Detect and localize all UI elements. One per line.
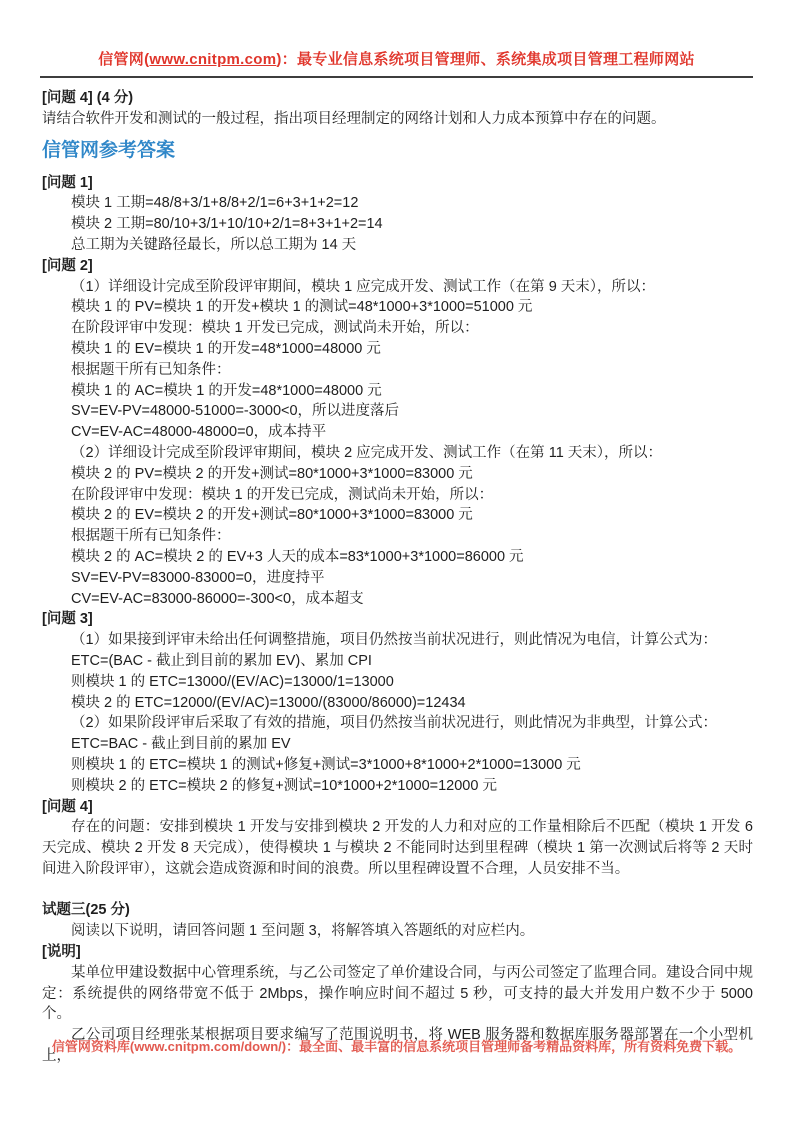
- paragraph: 模块 2 的 ETC=12000/(EV/AC)=13000/(83000/86…: [42, 693, 753, 714]
- document-page: 信管网(www.cnitpm.com)：最专业信息系统项目管理师、系统集成项目管…: [0, 0, 793, 1122]
- paragraph: 则模块 2 的 ETC=模块 2 的修复+测试=10*1000+2*1000=1…: [42, 776, 753, 797]
- paragraph: 模块 2 的 PV=模块 2 的开发+测试=80*1000+3*1000=830…: [42, 464, 753, 485]
- page-footer: 信管网资料库(www.cnitpm.com/down/)：最全面、最丰富的信息系…: [40, 1038, 753, 1056]
- paragraph: CV=EV-AC=83000-86000=-300<0，成本超支: [42, 589, 753, 610]
- paragraph: （1）如果接到评审未给出任何调整措施，项目仍然按当前状况进行，则此情况为电信，计…: [42, 630, 753, 651]
- paragraph: 在阶段评审中发现：模块 1 的开发已完成，测试尚未开始，所以：: [42, 485, 753, 506]
- answer-paragraphs: [问题 1]模块 1 工期=48/8+3/1+8/8+2/1=6+3+1+2=1…: [42, 173, 753, 1067]
- paragraph: 则模块 1 的 ETC=13000/(EV/AC)=13000/1=13000: [42, 672, 753, 693]
- section-heading: [问题 2]: [42, 256, 753, 277]
- paragraph: 模块 1 的 PV=模块 1 的开发+模块 1 的测试=48*1000+3*10…: [42, 297, 753, 318]
- paragraph: SV=EV-PV=83000-83000=0，进度持平: [42, 568, 753, 589]
- header-site-suffix: )：最专业信息系统项目管理师、系统集成项目管理工程师网站: [276, 51, 694, 68]
- page-header: 信管网(www.cnitpm.com)：最专业信息系统项目管理师、系统集成项目管…: [40, 50, 753, 70]
- question4-prompt-text: 请结合软件开发和测试的一般过程，指出项目经理制定的网络计划和人力成本预算中存在的…: [42, 109, 753, 130]
- paragraph: （1）详细设计完成至阶段评审期间，模块 1 应完成开发、测试工作（在第 9 天末…: [42, 277, 753, 298]
- header-site-prefix: 信管网(: [98, 51, 149, 68]
- paragraph: 总工期为关键路径最长，所以总工期为 14 天: [42, 235, 753, 256]
- header-site-link[interactable]: www.cnitpm.com: [149, 51, 276, 68]
- section-heading: [问题 4]: [42, 797, 753, 818]
- document-body: [问题 4] (4 分) 请结合软件开发和测试的一般过程，指出项目经理制定的网络…: [42, 88, 753, 1067]
- paragraph: 模块 2 工期=80/10+3/1+10/10+2/1=8+3+1+2=14: [42, 214, 753, 235]
- question4-prompt-title: [问题 4] (4 分): [42, 88, 753, 109]
- paragraph: 模块 1 的 EV=模块 1 的开发=48*1000=48000 元: [42, 339, 753, 360]
- paragraph: 模块 2 的 AC=模块 2 的 EV+3 人天的成本=83*1000+3*10…: [42, 547, 753, 568]
- header-divider-rule: [40, 76, 753, 78]
- paragraph: 模块 1 的 AC=模块 1 的开发=48*1000=48000 元: [42, 381, 753, 402]
- paragraph: 根据题干所有已知条件：: [42, 526, 753, 547]
- section-heading: [说明]: [42, 942, 753, 963]
- paragraph: 根据题干所有已知条件：: [42, 360, 753, 381]
- footer-suffix: )：最全面、最丰富的信息系统项目管理师备考精品资料库，所有资料免费下载。: [282, 1039, 741, 1054]
- paragraph: 模块 1 工期=48/8+3/1+8/8+2/1=6+3+1+2=12: [42, 193, 753, 214]
- paragraph: （2）如果阶段评审后采取了有效的措施，项目仍然按当前状况进行，则此情况为非典型，…: [42, 713, 753, 734]
- reference-answer-heading: 信管网参考答案: [42, 138, 753, 164]
- paragraph: 则模块 1 的 ETC=模块 1 的测试+修复+测试=3*1000+8*1000…: [42, 755, 753, 776]
- paragraph: 某单位甲建设数据中心管理系统，与乙公司签定了单价建设合同，与丙公司签定了监理合同…: [42, 963, 753, 1025]
- section-heading: [问题 3]: [42, 609, 753, 630]
- paragraph: ETC=BAC - 截止到目前的累加 EV: [42, 734, 753, 755]
- paragraph: ETC=(BAC - 截止到目前的累加 EV)、累加 CPI: [42, 651, 753, 672]
- section-heading: [问题 1]: [42, 173, 753, 194]
- footer-link[interactable]: www.cnitpm.com/down/: [134, 1039, 282, 1054]
- paragraph: [42, 880, 753, 901]
- paragraph: 在阶段评审中发现：模块 1 开发已完成，测试尚未开始，所以：: [42, 318, 753, 339]
- paragraph: SV=EV-PV=48000-51000=-3000<0，所以进度落后: [42, 401, 753, 422]
- footer-prefix: 信管网资料库(: [52, 1039, 134, 1054]
- paragraph: 存在的问题：安排到模块 1 开发与安排到模块 2 开发的人力和对应的工作量相除后…: [42, 817, 753, 879]
- paragraph: （2）详细设计完成至阶段评审期间，模块 2 应完成开发、测试工作（在第 11 天…: [42, 443, 753, 464]
- paragraph: 模块 2 的 EV=模块 2 的开发+测试=80*1000+3*1000=830…: [42, 505, 753, 526]
- paragraph: CV=EV-AC=48000-48000=0，成本持平: [42, 422, 753, 443]
- paragraph: 阅读以下说明，请回答问题 1 至问题 3，将解答填入答题纸的对应栏内。: [42, 921, 753, 942]
- section-heading: 试题三(25 分): [42, 900, 753, 921]
